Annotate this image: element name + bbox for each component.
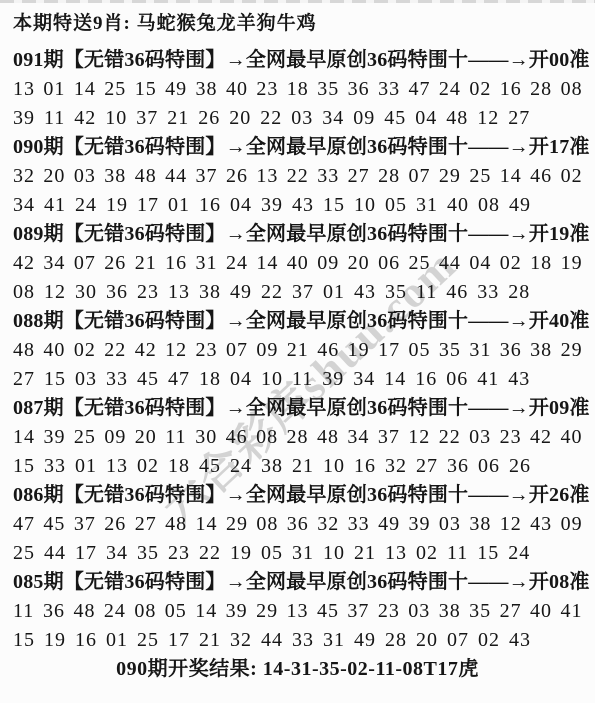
number-cell: 27	[135, 510, 156, 539]
number-cell: 25	[137, 626, 159, 655]
number-cell: 36	[106, 278, 128, 307]
number-cell: 06	[446, 365, 468, 394]
number-cell: 09	[104, 423, 125, 452]
number-cell: 11	[447, 539, 468, 568]
number-cell: 44	[165, 162, 186, 191]
period-tag: 【无错36码特围】	[64, 136, 226, 158]
number-cell: 28	[385, 626, 407, 655]
number-cell: 24	[230, 452, 252, 481]
number-cell: 25	[469, 162, 490, 191]
number-cell: 42	[13, 249, 34, 278]
period-result: 开19准	[529, 223, 590, 245]
period-result: 开17准	[529, 136, 590, 158]
number-cell: 09	[353, 104, 375, 133]
number-cell: 19	[44, 626, 66, 655]
period-header: 087期【无错36码特围】→全网最早原创36码特围十——→开09准	[13, 394, 582, 423]
page-title: 本期特送9肖: 马蛇猴兔龙羊狗牛鸡	[13, 9, 582, 39]
number-cell: 37	[378, 423, 399, 452]
number-cell: 06	[378, 249, 399, 278]
number-cell: 24	[439, 75, 460, 104]
number-cell: 20	[135, 423, 156, 452]
number-cell: 12	[477, 104, 499, 133]
number-cell: 18	[199, 365, 221, 394]
number-cell: 03	[439, 510, 460, 539]
number-cell: 39	[13, 104, 35, 133]
number-cell: 16	[199, 191, 221, 220]
number-cell: 17	[75, 539, 97, 568]
number-cell: 31	[416, 191, 438, 220]
number-cell: 43	[292, 191, 314, 220]
number-cell: 16	[75, 626, 97, 655]
number-cell: 27	[348, 162, 369, 191]
number-cell: 47	[408, 75, 429, 104]
number-cell: 14	[13, 423, 34, 452]
period-number: 090期	[13, 136, 64, 158]
number-cell: 42	[530, 423, 551, 452]
number-row-1: 47453726274814290836323349390338124309	[13, 510, 582, 539]
number-cell: 17	[168, 626, 190, 655]
number-cell: 03	[74, 162, 95, 191]
period-number: 086期	[13, 484, 64, 506]
number-cell: 45	[137, 365, 159, 394]
number-row-2: 1533011302184524382110163227360626	[13, 452, 582, 481]
number-cell: 32	[385, 452, 407, 481]
number-cell: 39	[408, 510, 429, 539]
number-cell: 44	[261, 626, 283, 655]
number-cell: 36	[43, 597, 64, 626]
number-cell: 37	[347, 597, 368, 626]
number-cell: 27	[416, 452, 438, 481]
number-cell: 16	[415, 365, 437, 394]
number-cell: 26	[198, 104, 220, 133]
number-cell: 34	[106, 539, 128, 568]
number-cell: 35	[385, 278, 407, 307]
period-result: 开08准	[529, 571, 590, 593]
number-cell: 08	[478, 191, 500, 220]
number-cell: 48	[13, 336, 34, 365]
number-cell: 25	[104, 75, 125, 104]
number-cell: 06	[478, 452, 500, 481]
number-row-1: 14392509201130460828483437122203234240	[13, 423, 582, 452]
number-cell: 39	[261, 191, 283, 220]
number-cell: 08	[134, 597, 155, 626]
number-cell: 15	[44, 365, 66, 394]
number-cell: 15	[323, 191, 345, 220]
number-cell: 28	[508, 278, 530, 307]
number-cell: 46	[226, 423, 247, 452]
period-desc: →全网最早原创36码特围十——→	[226, 223, 529, 245]
number-cell: 01	[43, 75, 64, 104]
number-cell: 37	[136, 104, 158, 133]
number-cell: 02	[416, 539, 438, 568]
number-cell: 26	[509, 452, 531, 481]
number-cell: 32	[13, 162, 34, 191]
number-cell: 41	[560, 597, 581, 626]
period-number: 091期	[13, 49, 64, 71]
number-cell: 13	[106, 452, 128, 481]
number-cell: 47	[13, 510, 34, 539]
number-cell: 09	[561, 510, 582, 539]
number-cell: 23	[168, 539, 190, 568]
number-cell: 48	[446, 104, 468, 133]
number-row-1: 42340726211631241440092006254404021819	[13, 249, 582, 278]
number-cell: 40	[226, 75, 247, 104]
number-row-2: 0812303623133849223701433511463328	[13, 278, 582, 307]
number-cell: 12	[44, 278, 66, 307]
number-cell: 49	[230, 278, 252, 307]
number-cell: 07	[226, 336, 247, 365]
number-cell: 13	[385, 539, 407, 568]
number-cell: 11	[292, 365, 313, 394]
number-cell: 20	[43, 162, 64, 191]
period-tag: 【无错36码特围】	[64, 223, 226, 245]
number-cell: 09	[256, 336, 277, 365]
period-number: 089期	[13, 223, 64, 245]
period-number: 087期	[13, 397, 64, 419]
period-block: 089期【无错36码特围】→全网最早原创36码特围十——→开19准 423407…	[13, 220, 582, 307]
number-cell: 24	[508, 539, 530, 568]
number-cell: 49	[354, 626, 376, 655]
number-cell: 23	[196, 336, 217, 365]
number-cell: 49	[165, 75, 186, 104]
number-cell: 21	[199, 626, 221, 655]
number-cell: 39	[226, 597, 247, 626]
number-cell: 45	[384, 104, 406, 133]
number-cell: 05	[165, 597, 186, 626]
number-cell: 36	[287, 510, 308, 539]
number-cell: 40	[43, 336, 64, 365]
number-cell: 48	[135, 162, 156, 191]
period-header: 086期【无错36码特围】→全网最早原创36码特围十——→开26准	[13, 481, 582, 510]
number-cell: 40	[287, 249, 308, 278]
number-cell: 38	[104, 162, 125, 191]
number-cell: 07	[447, 626, 469, 655]
number-cell: 27	[13, 365, 35, 394]
number-cell: 28	[287, 423, 308, 452]
period-tag: 【无错36码特围】	[64, 397, 226, 419]
number-cell: 44	[44, 539, 66, 568]
number-cell: 35	[137, 539, 159, 568]
number-cell: 38	[439, 597, 460, 626]
number-cell: 40	[447, 191, 469, 220]
number-cell: 07	[74, 249, 95, 278]
number-cell: 02	[469, 75, 490, 104]
number-cell: 04	[469, 249, 490, 278]
number-cell: 38	[261, 452, 283, 481]
number-cell: 13	[256, 162, 277, 191]
number-cell: 42	[135, 336, 156, 365]
number-cell: 23	[378, 597, 399, 626]
number-cell: 34	[353, 365, 375, 394]
number-row-2: 3441241917011604394315100531400849	[13, 191, 582, 220]
number-row-1: 32200338484437261322332728072925144602	[13, 162, 582, 191]
period-desc: →全网最早原创36码特围十——→	[226, 571, 529, 593]
period-desc: →全网最早原创36码特围十——→	[226, 310, 529, 332]
number-cell: 39	[43, 423, 64, 452]
number-cell: 15	[13, 452, 35, 481]
number-cell: 40	[560, 423, 581, 452]
number-cell: 46	[446, 278, 468, 307]
number-cell: 20	[348, 249, 369, 278]
number-cell: 27	[500, 597, 521, 626]
number-cell: 45	[43, 510, 64, 539]
number-cell: 03	[75, 365, 97, 394]
number-cell: 43	[354, 278, 376, 307]
number-cell: 30	[75, 278, 97, 307]
number-cell: 19	[561, 249, 582, 278]
number-cell: 08	[256, 423, 277, 452]
number-cell: 31	[292, 539, 314, 568]
period-desc: →全网最早原创36码特围十——→	[226, 49, 529, 71]
number-cell: 38	[469, 510, 490, 539]
period-header: 090期【无错36码特围】→全网最早原创36码特围十——→开17准	[13, 133, 582, 162]
number-cell: 15	[13, 626, 35, 655]
number-cell: 24	[226, 249, 247, 278]
number-cell: 33	[348, 510, 369, 539]
number-cell: 18	[530, 249, 551, 278]
number-cell: 04	[230, 365, 252, 394]
number-cell: 43	[509, 626, 531, 655]
number-cell: 22	[199, 539, 221, 568]
number-cell: 34	[43, 249, 64, 278]
number-cell: 37	[74, 510, 95, 539]
number-cell: 48	[165, 510, 186, 539]
number-cell: 17	[378, 336, 399, 365]
number-cell: 33	[44, 452, 66, 481]
number-cell: 40	[530, 597, 551, 626]
number-cell: 01	[168, 191, 190, 220]
number-cell: 26	[104, 510, 125, 539]
number-cell: 10	[354, 191, 376, 220]
number-cell: 33	[292, 626, 314, 655]
number-cell: 15	[135, 75, 156, 104]
number-cell: 03	[469, 423, 490, 452]
number-cell: 46	[317, 336, 338, 365]
number-cell: 14	[384, 365, 406, 394]
number-cell: 45	[199, 452, 221, 481]
period-number: 088期	[13, 310, 64, 332]
number-cell: 31	[469, 336, 490, 365]
number-cell: 01	[106, 626, 128, 655]
number-cell: 30	[195, 423, 216, 452]
period-tag: 【无错36码特围】	[64, 484, 226, 506]
number-cell: 16	[500, 75, 521, 104]
period-block: 090期【无错36码特围】→全网最早原创36码特围十——→开17准 322003…	[13, 133, 582, 220]
number-cell: 38	[199, 278, 221, 307]
number-cell: 14	[500, 162, 521, 191]
number-cell: 39	[322, 365, 344, 394]
number-cell: 24	[104, 597, 125, 626]
number-cell: 14	[256, 249, 277, 278]
number-cell: 05	[408, 336, 429, 365]
period-header: 085期【无错36码特围】→全网最早原创36码特围十——→开08准	[13, 568, 582, 597]
number-cell: 44	[439, 249, 460, 278]
number-cell: 35	[439, 336, 460, 365]
number-cell: 34	[347, 423, 368, 452]
number-cell: 33	[317, 162, 338, 191]
number-cell: 41	[44, 191, 66, 220]
number-cell: 20	[229, 104, 251, 133]
number-cell: 31	[323, 626, 345, 655]
number-cell: 36	[447, 452, 469, 481]
period-result: 开26准	[529, 484, 590, 506]
number-cell: 16	[354, 452, 376, 481]
number-cell: 12	[408, 423, 429, 452]
number-cell: 10	[323, 452, 345, 481]
number-cell: 31	[196, 249, 217, 278]
draw-result: 090期开奖结果: 14-31-35-02-11-08T17虎	[13, 655, 582, 684]
number-cell: 10	[261, 365, 283, 394]
number-cell: 05	[385, 191, 407, 220]
number-cell: 05	[261, 539, 283, 568]
period-desc: →全网最早原创36码特围十——→	[226, 397, 529, 419]
number-cell: 35	[317, 75, 338, 104]
number-cell: 21	[292, 452, 314, 481]
period-result: 开40准	[529, 310, 590, 332]
number-cell: 02	[137, 452, 159, 481]
period-header: 091期【无错36码特围】→全网最早原创36码特围十——→开00准	[13, 46, 582, 75]
number-cell: 18	[287, 75, 308, 104]
number-cell: 14	[196, 510, 217, 539]
number-cell: 10	[323, 539, 345, 568]
number-cell: 17	[137, 191, 159, 220]
number-cell: 03	[408, 597, 429, 626]
number-cell: 14	[74, 75, 95, 104]
number-cell: 29	[226, 510, 247, 539]
number-cell: 46	[530, 162, 551, 191]
number-cell: 34	[322, 104, 344, 133]
period-tag: 【无错36码特围】	[64, 571, 226, 593]
number-row-2: 1519160125172132443331492820070243	[13, 626, 582, 655]
period-result: 开00准	[529, 49, 590, 71]
number-cell: 36	[500, 336, 521, 365]
number-cell: 22	[261, 278, 283, 307]
number-cell: 07	[408, 162, 429, 191]
number-cell: 22	[260, 104, 282, 133]
number-cell: 13	[13, 75, 34, 104]
period-block: 091期【无错36码特围】→全网最早原创36码特围十——→开00准 130114…	[13, 46, 582, 133]
period-desc: →全网最早原创36码特围十——→	[226, 136, 529, 158]
number-cell: 10	[105, 104, 127, 133]
period-block: 087期【无错36码特围】→全网最早原创36码特围十——→开09准 143925…	[13, 394, 582, 481]
number-cell: 47	[168, 365, 190, 394]
number-cell: 08	[256, 510, 277, 539]
number-cell: 13	[168, 278, 190, 307]
number-cell: 23	[256, 75, 277, 104]
period-header: 089期【无错36码特围】→全网最早原创36码特围十——→开19准	[13, 220, 582, 249]
period-tag: 【无错36码特围】	[64, 310, 226, 332]
period-block: 088期【无错36码特围】→全网最早原创36码特围十——→开40准 484002…	[13, 307, 582, 394]
number-cell: 08	[13, 278, 35, 307]
number-cell: 36	[348, 75, 369, 104]
number-cell: 23	[137, 278, 159, 307]
number-cell: 15	[477, 539, 499, 568]
number-cell: 27	[508, 104, 530, 133]
number-cell: 11	[13, 597, 34, 626]
number-row-1: 48400222421223070921461917053531363829	[13, 336, 582, 365]
period-tag: 【无错36码特围】	[64, 49, 226, 71]
number-cell: 26	[226, 162, 247, 191]
number-cell: 34	[13, 191, 35, 220]
number-row-2: 2715033345471804101139341416064143	[13, 365, 582, 394]
number-cell: 49	[509, 191, 531, 220]
number-cell: 38	[530, 336, 551, 365]
number-cell: 02	[561, 162, 582, 191]
period-result: 开09准	[529, 397, 590, 419]
number-row-2: 3911421037212620220334094504481227	[13, 104, 582, 133]
number-cell: 32	[317, 510, 338, 539]
number-cell: 19	[348, 336, 369, 365]
number-cell: 09	[317, 249, 338, 278]
number-row-2: 2544173435232219053110211302111524	[13, 539, 582, 568]
number-cell: 18	[168, 452, 190, 481]
number-cell: 12	[500, 510, 521, 539]
number-cell: 11	[416, 278, 437, 307]
period-number: 085期	[13, 571, 64, 593]
number-cell: 43	[530, 510, 551, 539]
number-cell: 49	[378, 510, 399, 539]
number-cell: 42	[74, 104, 96, 133]
number-cell: 23	[500, 423, 521, 452]
number-cell: 04	[415, 104, 437, 133]
number-cell: 20	[416, 626, 438, 655]
period-block: 086期【无错36码特围】→全网最早原创36码特围十——→开26准 474537…	[13, 481, 582, 568]
number-cell: 28	[530, 75, 551, 104]
number-row-1: 11364824080514392913453723033835274041	[13, 597, 582, 626]
number-cell: 03	[291, 104, 313, 133]
number-cell: 33	[106, 365, 128, 394]
period-desc: →全网最早原创36码特围十——→	[226, 484, 529, 506]
number-cell: 22	[287, 162, 308, 191]
number-cell: 33	[378, 75, 399, 104]
number-cell: 04	[230, 191, 252, 220]
number-cell: 25	[13, 539, 35, 568]
number-cell: 01	[75, 452, 97, 481]
number-cell: 26	[104, 249, 125, 278]
number-cell: 21	[135, 249, 156, 278]
number-cell: 02	[478, 626, 500, 655]
period-blocks-container: 091期【无错36码特围】→全网最早原创36码特围十——→开00准 130114…	[13, 46, 582, 655]
number-cell: 25	[74, 423, 95, 452]
number-cell: 32	[230, 626, 252, 655]
number-cell: 02	[500, 249, 521, 278]
number-cell: 48	[317, 423, 338, 452]
number-cell: 35	[469, 597, 490, 626]
number-cell: 08	[561, 75, 582, 104]
number-cell: 19	[230, 539, 252, 568]
number-cell: 14	[195, 597, 216, 626]
number-cell: 38	[196, 75, 217, 104]
number-cell: 24	[75, 191, 97, 220]
number-cell: 48	[73, 597, 94, 626]
number-cell: 21	[287, 336, 308, 365]
number-cell: 11	[165, 423, 186, 452]
number-cell: 22	[104, 336, 125, 365]
page: 本期特送9肖: 马蛇猴兔龙羊狗牛鸡 091期【无错36码特围】→全网最早原创36…	[0, 0, 595, 703]
period-header: 088期【无错36码特围】→全网最早原创36码特围十——→开40准	[13, 307, 582, 336]
number-cell: 43	[508, 365, 530, 394]
number-cell: 13	[287, 597, 308, 626]
number-cell: 29	[439, 162, 460, 191]
number-cell: 37	[196, 162, 217, 191]
number-cell: 28	[378, 162, 399, 191]
number-cell: 45	[317, 597, 338, 626]
number-cell: 37	[292, 278, 314, 307]
number-cell: 11	[44, 104, 65, 133]
number-cell: 33	[477, 278, 499, 307]
number-cell: 12	[165, 336, 186, 365]
number-cell: 22	[439, 423, 460, 452]
